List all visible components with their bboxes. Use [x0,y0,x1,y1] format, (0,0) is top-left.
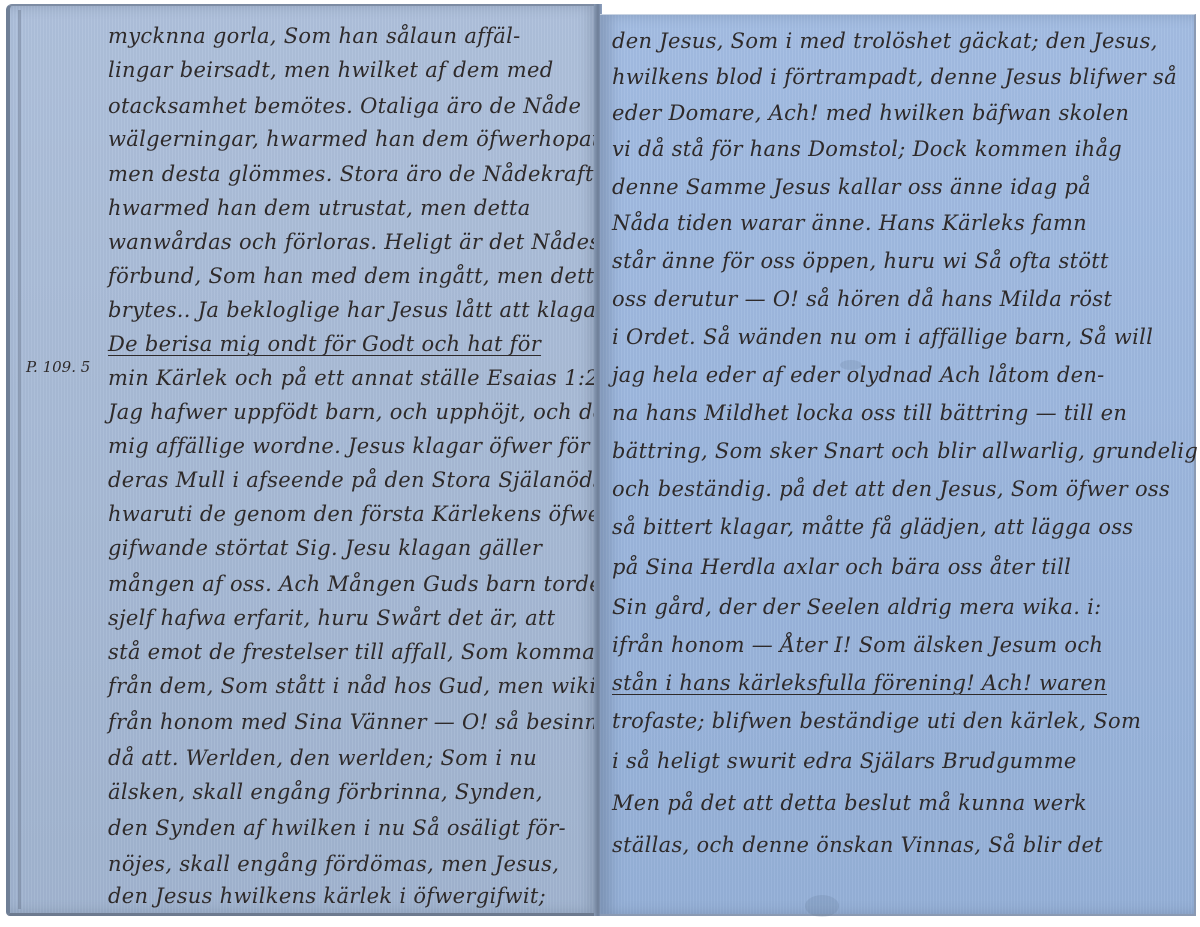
handwritten-line: den Jesus hwilkens kärlek i öfwergifwit; [108,884,546,908]
handwritten-line: mycknna gorla, Som han sålaun affäl- [108,24,521,48]
handwritten-line: Men på det att detta beslut må kunna wer… [612,791,1087,815]
handwritten-line: Jag hafwer uppfödt barn, och upphöjt, oc… [108,400,649,424]
handwritten-line: bättring, Som sker Snart och blir allwar… [612,439,1198,463]
handwritten-line: lingar beirsadt, men hwilket af dem med [108,58,553,82]
handwritten-line: från dem, Som stått i nåd hos Gud, men w… [108,674,605,698]
handwritten-line: står änne för oss öppen, huru wi Så ofta… [612,249,1109,273]
handwritten-line: Nåda tiden warar änne. Hans Kärleks famn [612,211,1087,235]
handwritten-line-underlined: De berisa mig ondt för Godt och hat för [108,332,541,356]
handwritten-line: mången af oss. Ach Mången Guds barn tord… [108,572,602,596]
handwritten-line: förbund, Som han med dem ingått, men det… [108,264,607,288]
handwritten-line: nöjes, skall engång fördömas, men Jesus, [108,852,559,876]
handwritten-line: wanwårdas och förloras. Heligt är det Nå… [108,230,600,254]
handwritten-line: denne Samme Jesus kallar oss änne idag p… [612,175,1091,199]
handwritten-line: hwaruti de genom den första Kärlekens öf… [108,502,611,526]
handwritten-line: hwarmed han dem utrustat, men detta [108,196,531,220]
right-page: den Jesus, Som i med trolöshet gäckat; d… [600,14,1196,916]
handwritten-line: den Jesus, Som i med trolöshet gäckat; d… [612,29,1158,53]
handwritten-line: wälgerningar, hwarmed han dem öfwerhopat… [108,127,608,151]
left-page: P. 109. 5 mycknna gorla, Som han sålaun … [6,4,598,916]
handwritten-line: brytes.. Ja bekloglige har Jesus lått at… [108,298,596,322]
open-notebook: P. 109. 5 mycknna gorla, Som han sålaun … [6,4,1200,916]
handwritten-line: från honom med Sina Vänner — O! så besin… [108,710,625,734]
handwritten-line: och beständig. på det att den Jesus, Som… [612,477,1170,501]
handwritten-line: mig affällige wordne. Jesus klagar öfwer… [108,434,590,458]
handwritten-line: i Ordet. Så wänden nu om i affällige bar… [612,325,1153,349]
handwritten-line: då att. Werlden, den werlden; Som i nu [108,746,537,770]
handwritten-line: hwilkens blod i förtrampadt, denne Jesus… [612,65,1177,89]
handwritten-line: sjelf hafwa erfarit, huru Swårt det är, … [108,606,555,630]
handwritten-line: men desta glömmes. Stora äro de Nådekraf… [108,162,617,186]
handwritten-line: gifwande störtat Sig. Jesu klagan gäller [108,536,542,560]
handwritten-line: stå emot de frestelser till affall, Som … [108,640,595,664]
handwritten-line: oss derutur — O! så hören då hans Milda … [612,287,1112,311]
handwritten-line: i så heligt swurit edra Själars Brudgumm… [612,749,1077,773]
handwritten-line: eder Domare, Ach! med hwilken bäfwan sko… [612,101,1129,125]
handwritten-line: vi då stå för hans Domstol; Dock kommen … [612,137,1122,161]
handwritten-line: jag hela eder af eder olydnad Ach låtom … [612,363,1105,387]
handwritten-line: den Synden af hwilken i nu Så osäligt fö… [108,816,566,840]
paper-stain [805,895,839,917]
handwritten-line: min Kärlek och på ett annat ställe Esaia… [108,366,599,390]
handwritten-line: na hans Mildhet locka oss till bättring … [612,401,1127,425]
handwritten-line: på Sina Herdla axlar och bära oss åter t… [612,555,1071,579]
handwritten-line-underlined: stån i hans kärleksfulla förening! Ach! … [612,671,1107,695]
handwritten-line: trofaste; blifwen beständige uti den kär… [612,709,1141,733]
handwritten-line: Sin gård, der der Seelen aldrig mera wik… [612,595,1102,619]
handwritten-line: ifrån honom — Åter I! Som älsken Jesum o… [612,633,1103,657]
handwritten-line: ställas, och denne önskan Vinnas, Så bli… [612,833,1103,857]
handwritten-line: deras Mull i afseende på den Stora Själa… [108,468,604,492]
handwritten-line: så bittert klagar, måtte få glädjen, att… [612,515,1134,539]
handwritten-line: älsken, skall engång förbrinna, Synden, [108,780,543,804]
handwritten-line: otacksamhet bemötes. Otaliga äro de Nåde [108,94,581,118]
margin-note-reference: P. 109. 5 [26,358,90,376]
